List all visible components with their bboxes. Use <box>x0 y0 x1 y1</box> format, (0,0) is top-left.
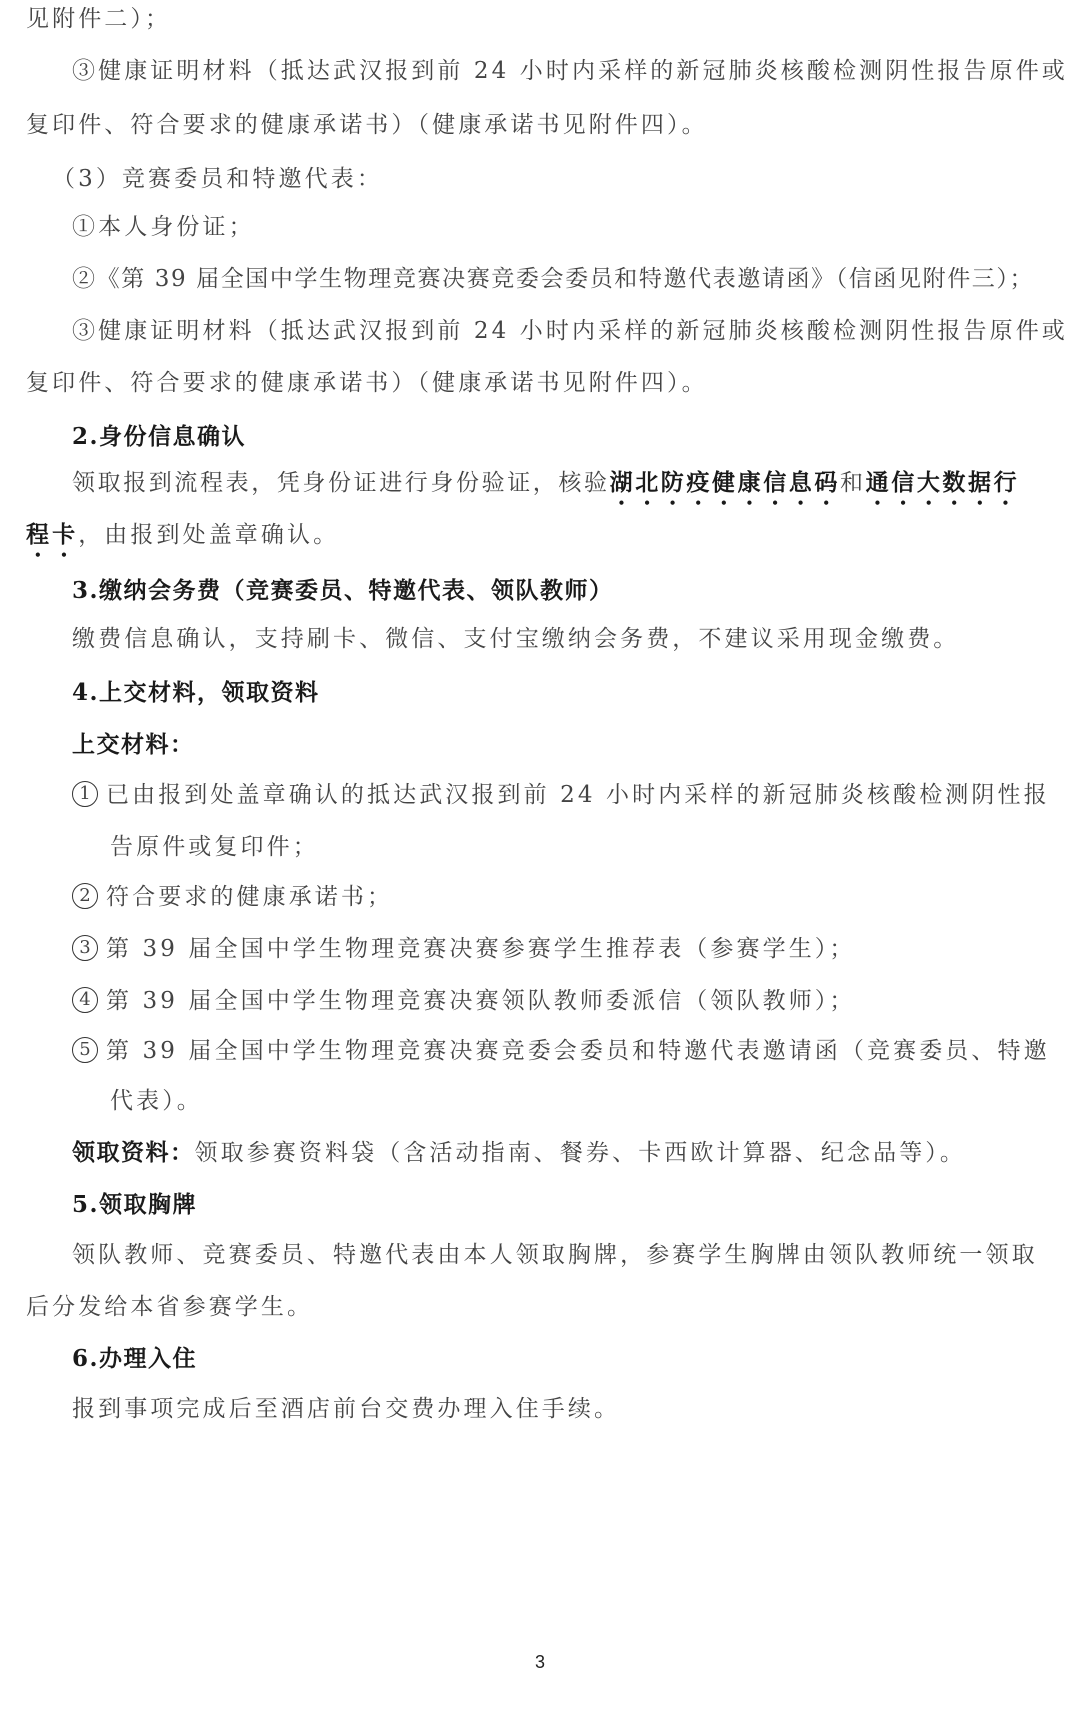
text-line: ③健康证明材料（抵达武汉报到前 24 小时内采样的新冠肺炎核酸检测阴性报告原件或 <box>72 316 1068 346</box>
text-line: 复印件、符合要求的健康承诺书）（健康承诺书见附件四）。 <box>26 110 708 140</box>
receive-line: 领取资料：领取参赛资料袋（含活动指南、餐券、卡西欧计算器、纪念品等）。 <box>72 1138 966 1168</box>
list-item: 4第 39 届全国中学生物理竞赛决赛领队教师委派信（领队教师）； <box>72 986 856 1016</box>
circled-number: 3 <box>72 935 98 961</box>
text-line: ②《第 39 届全国中学生物理竞赛决赛竞委会委员和特邀代表邀请函》（信函见附件三… <box>72 264 1034 294</box>
list-item-continued: 告原件或复印件； <box>110 832 319 862</box>
section-heading-4: 4.上交材料，领取资料 <box>72 678 320 708</box>
circled-number: 2 <box>72 883 98 909</box>
emphasis-text: 通信大数据行 <box>866 469 1020 496</box>
text-line: 见附件二）； <box>26 4 171 34</box>
section-heading-5: 5.领取胸牌 <box>72 1190 197 1220</box>
text-line: ①本人身份证； <box>72 212 255 242</box>
emphasis-text: 程卡 <box>26 521 78 548</box>
circled-number: 5 <box>72 1037 98 1063</box>
subsection-heading: （3）竞赛委员和特邀代表： <box>52 164 383 194</box>
text-line: 后分发给本省参赛学生。 <box>26 1292 313 1322</box>
list-item-continued: 代表）。 <box>110 1086 203 1116</box>
section-heading-6: 6.办理入住 <box>72 1344 197 1374</box>
list-item: 5第 39 届全国中学生物理竞赛决赛竞委会委员和特邀代表邀请函（竞赛委员、特邀 <box>72 1036 1050 1066</box>
circled-number: 1 <box>72 781 98 807</box>
page-number: 3 <box>0 1652 1080 1673</box>
text-span: 领取报到流程表，凭身份证进行身份验证，核验 <box>72 470 610 496</box>
circled-number: 4 <box>72 987 98 1013</box>
submit-label: 上交材料： <box>72 730 195 760</box>
text-line: 复印件、符合要求的健康承诺书）（健康承诺书见附件四）。 <box>26 368 708 398</box>
list-item-text: 第 39 届全国中学生物理竞赛决赛参赛学生推荐表（参赛学生）； <box>106 936 856 962</box>
list-item-text: 第 39 届全国中学生物理竞赛决赛竞委会委员和特邀代表邀请函（竞赛委员、特邀 <box>106 1038 1050 1064</box>
emphasis-text: 湖北防疫健康信息码 <box>610 469 840 496</box>
list-item: 2符合要求的健康承诺书； <box>72 882 393 912</box>
list-item-text: 已由报到处盖章确认的抵达武汉报到前 24 小时内采样的新冠肺炎核酸检测阴性报 <box>106 782 1050 808</box>
text-span: ，由报到处盖章确认。 <box>78 522 339 548</box>
list-item-text: 符合要求的健康承诺书； <box>106 884 393 910</box>
receive-label: 领取资料： <box>72 1139 195 1166</box>
text-line: 领取报到流程表，凭身份证进行身份验证，核验湖北防疫健康信息码和通信大数据行 <box>72 468 1019 510</box>
text-line: 报到事项完成后至酒店前台交费办理入住手续。 <box>72 1394 620 1424</box>
section-heading-3: 3.缴纳会务费（竞赛委员、特邀代表、领队教师） <box>72 576 614 606</box>
text-line: 程卡，由报到处盖章确认。 <box>26 520 339 562</box>
text-span: 和 <box>840 470 866 496</box>
text-line: 领队教师、竞赛委员、特邀代表由本人领取胸牌，参赛学生胸牌由领队教师统一领取 <box>72 1240 1038 1270</box>
section-heading-2: 2.身份信息确认 <box>72 422 246 452</box>
text-line: 缴费信息确认，支持刷卡、微信、支付宝缴纳会务费，不建议采用现金缴费。 <box>72 624 959 654</box>
list-item: 1已由报到处盖章确认的抵达武汉报到前 24 小时内采样的新冠肺炎核酸检测阴性报 <box>72 780 1050 810</box>
list-item: 3第 39 届全国中学生物理竞赛决赛参赛学生推荐表（参赛学生）； <box>72 934 856 964</box>
list-item-text: 第 39 届全国中学生物理竞赛决赛领队教师委派信（领队教师）； <box>106 988 856 1014</box>
text-line: ③健康证明材料（抵达武汉报到前 24 小时内采样的新冠肺炎核酸检测阴性报告原件或 <box>72 56 1068 86</box>
receive-text: 领取参赛资料袋（含活动指南、餐券、卡西欧计算器、纪念品等）。 <box>195 1140 967 1166</box>
